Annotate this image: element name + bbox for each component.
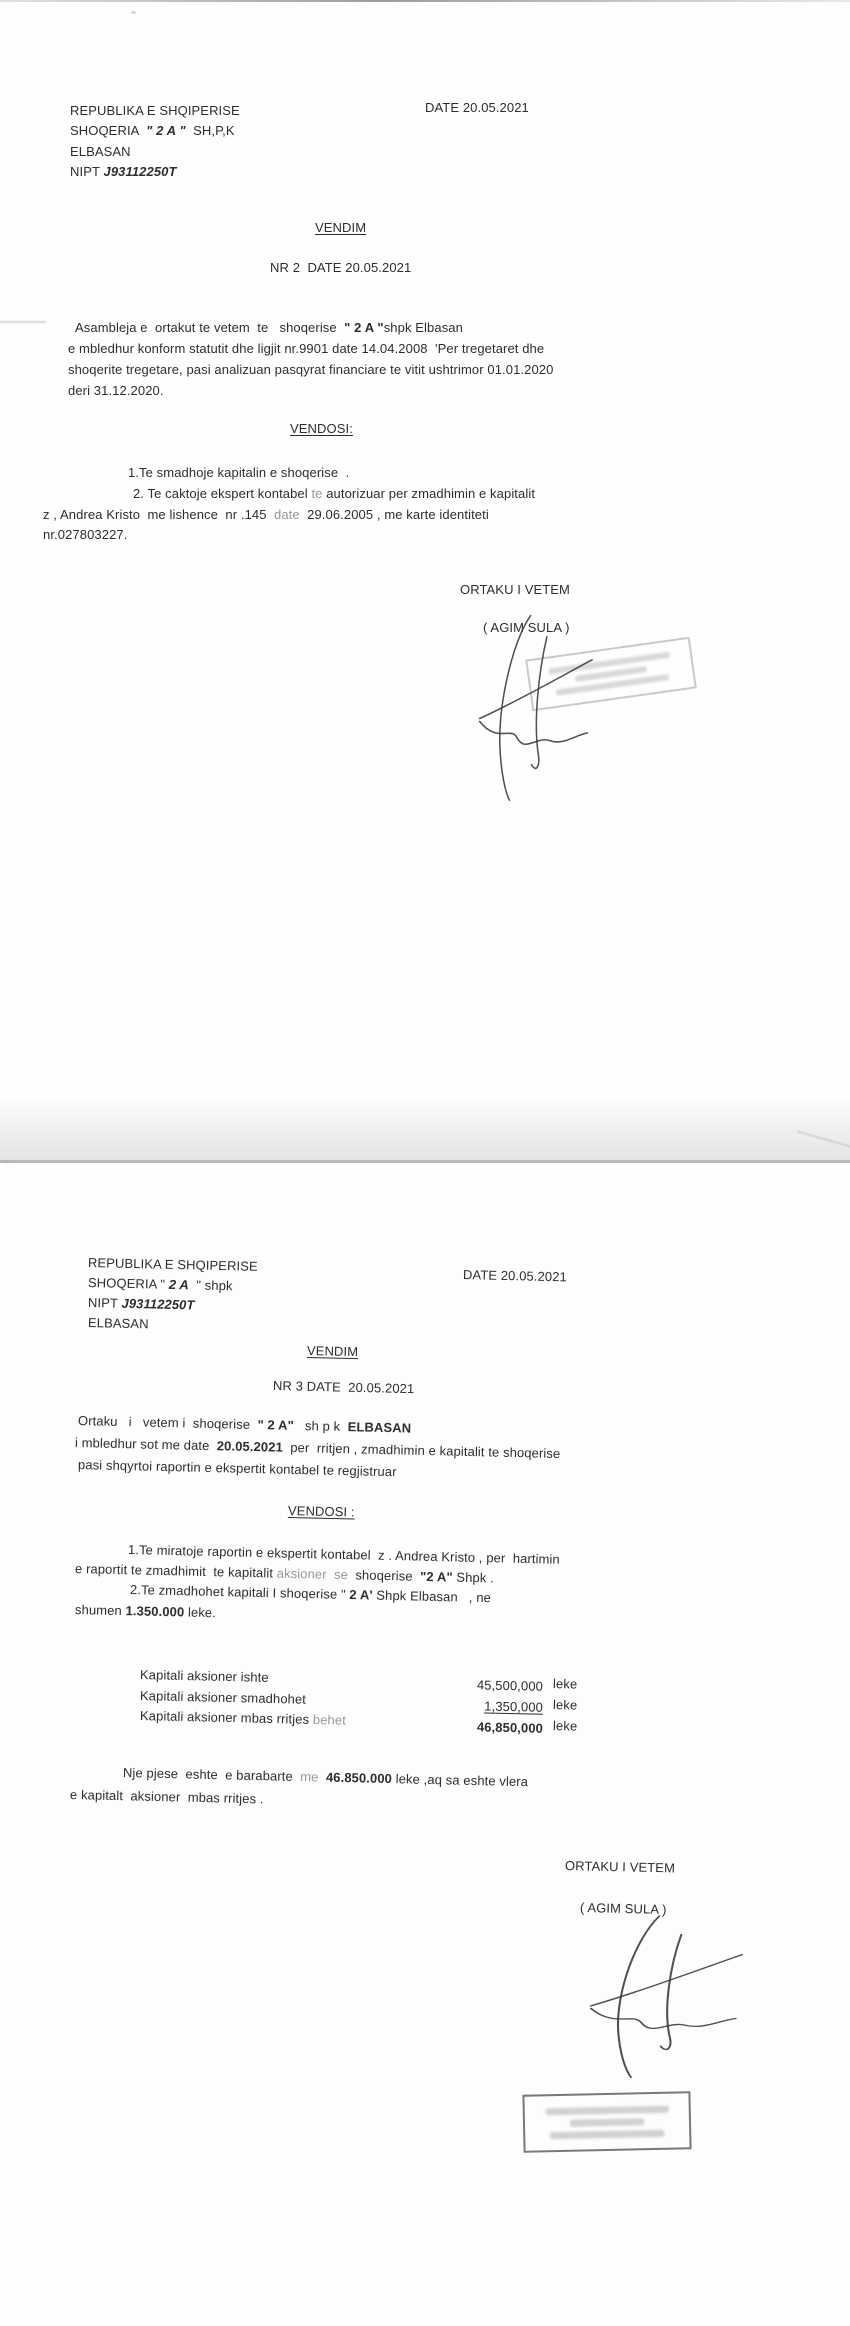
capital-row-value: 46,850,000: [420, 1718, 543, 1737]
capital-row-label: Kapitali aksioner smadhohet: [140, 1688, 306, 1708]
header-line-city: ELBASAN: [88, 1315, 149, 1332]
vendosi-heading: VENDOSI:: [290, 421, 353, 437]
capital-row-value: 1,350,000: [420, 1697, 543, 1716]
header-line-nipt: NIPT J93112250T: [70, 164, 177, 180]
closing-line: Nje pjese eshte e barabarte me 46.850.00…: [123, 1765, 528, 1790]
capital-row-unit: leke: [553, 1718, 578, 1735]
vendosi-heading: VENDOSI :: [288, 1503, 355, 1521]
page-1-vendim-nr2: REPUBLIKA E SHQIPERISE SHOQERIA " 2 A " …: [0, 0, 850, 1160]
decision-title: VENDIM: [307, 1343, 359, 1360]
stamp-text-illegible: [550, 2129, 665, 2138]
signature: [578, 1911, 746, 2079]
capital-row-unit: leke: [553, 1676, 578, 1693]
page-2-vendim-nr3: REPUBLIKA E SHQIPERISE SHOQERIA " 2 A " …: [0, 1163, 850, 2326]
decision-number: NR 3 DATE 20.05.2021: [273, 1378, 415, 1397]
intro-line: Asambleja e ortakut te vetem te shoqeris…: [72, 320, 463, 336]
closing-line: e kapitalt aksioner mbas rritjes .: [70, 1787, 264, 1807]
decision-item: shumen 1.350.000 leke.: [75, 1602, 216, 1621]
intro-line: deri 31.12.2020.: [68, 383, 164, 399]
header-line-company: SHOQERIA " 2 A " SH,P,K: [70, 123, 235, 139]
decision-item: nr.027803227.: [43, 527, 127, 543]
signer-title: ORTAKU I VETEM: [565, 1858, 675, 1876]
decision-item: z , Andrea Kristo me lishence nr .145 da…: [43, 507, 489, 523]
scanned-document: REPUBLIKA E SHQIPERISE SHOQERIA " 2 A " …: [0, 0, 850, 2326]
header-line-city: ELBASAN: [70, 144, 131, 160]
company-stamp: [522, 2091, 691, 2153]
capital-row-label: Kapitali aksioner mbas rritjes behet: [140, 1708, 346, 1729]
capital-row-label: Kapitali aksioner ishte: [140, 1667, 269, 1686]
decision-item: 2. Te caktoje ekspert kontabel te autori…: [133, 486, 535, 502]
stamp-text-illegible: [545, 2105, 668, 2115]
intro-line: Ortaku i vetem i shoqerise " 2 A" sh p k…: [78, 1413, 412, 1437]
date-line: DATE 20.05.2021: [425, 100, 529, 116]
intro-line: pasi shqyrtoi raportin e ekspertit konta…: [78, 1457, 397, 1480]
decision-item: 2.Te zmadhohet kapitali I shoqerise " 2 …: [130, 1582, 491, 1606]
header-line: REPUBLIKA E SHQIPERISE: [88, 1255, 258, 1275]
signer-title: ORTAKU I VETEM: [460, 582, 570, 598]
decision-item: 1.Te smadhoje kapitalin e shoqerise .: [128, 465, 349, 481]
header-line: REPUBLIKA E SHQIPERISE: [70, 103, 240, 119]
intro-line: e mbledhur konform statutit dhe ligjit n…: [68, 341, 544, 357]
capital-row-unit: leke: [553, 1697, 578, 1714]
intro-line: shoqerite tregetare, pasi analizuan pasq…: [68, 362, 553, 378]
signature: [470, 606, 595, 806]
stamp-text-illegible: [570, 2118, 644, 2127]
capital-row-value: 45,500,000: [420, 1676, 543, 1695]
decision-title: VENDIM: [315, 220, 366, 236]
decision-number: NR 2 DATE 20.05.2021: [270, 260, 411, 276]
header-line-company: SHOQERIA " 2 A " shpk: [88, 1275, 233, 1294]
header-line-nipt: NIPT J93112250T: [88, 1295, 195, 1313]
date-line: DATE 20.05.2021: [463, 1267, 567, 1285]
